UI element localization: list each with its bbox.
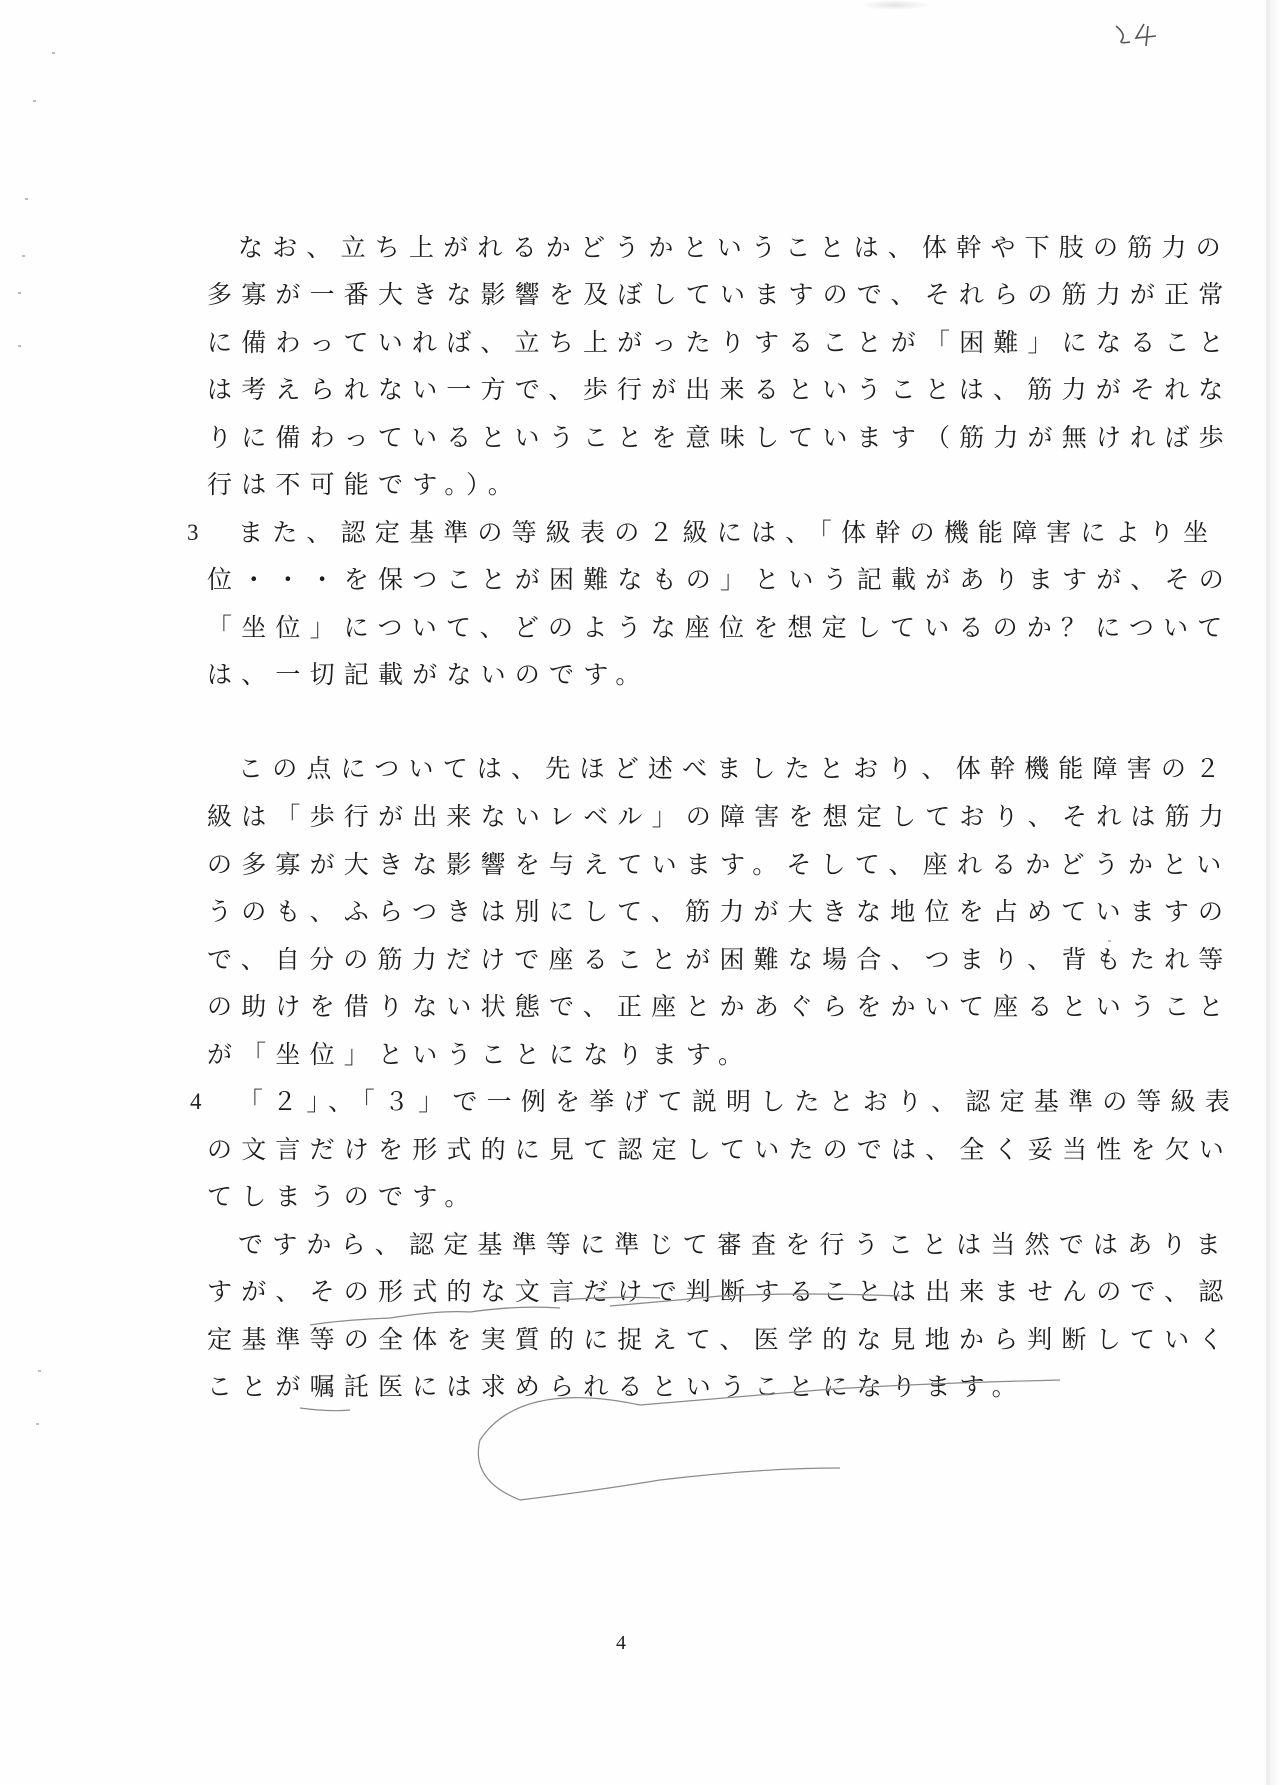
- text-line: の助けを借りない状態で、正座とかあぐらをかいて座るということ: [207, 992, 1233, 1022]
- text-line: 多寡が一番大きな影響を及ぼしていますので、それらの筋力が正常: [207, 280, 1233, 310]
- pencil-annotation-marks-icon: [0, 0, 1280, 1785]
- text-line: の文言だけを形式的に見て認定していたのでは、全く妥当性を欠い: [207, 1135, 1233, 1165]
- page-edge-shadow: [1266, 0, 1280, 1785]
- text-line: 定基準等の全体を実質的に捉えて、医学的な見地から判断していく: [207, 1325, 1233, 1355]
- text-line: うのも、ふらつきは別にして、筋力が大きな地位を占めていますの: [207, 897, 1232, 927]
- text-line: に備わっていれば、立ち上がったりすることが「困難」になること: [207, 328, 1233, 358]
- text-line: が「坐位」ということになります。: [207, 1040, 752, 1070]
- scan-speck: [38, 1370, 41, 1372]
- scan-speck: [22, 255, 25, 257]
- scan-speck: [25, 198, 28, 200]
- text-line: てしまうのです。: [207, 1182, 479, 1212]
- text-line: この点については、先ほど述べましたとおり、体幹機能障害の２: [238, 754, 1229, 784]
- scan-speck: [18, 292, 21, 294]
- item-number: 3: [187, 518, 199, 548]
- text-line: りに備わっているということを意味しています（筋力が無ければ歩: [207, 423, 1233, 453]
- scan-speck: [36, 1423, 39, 1425]
- scan-speck: [1108, 940, 1111, 942]
- text-line: 級は「歩行が出来ないレベル」の障害を想定しており、それは筋力: [207, 802, 1233, 832]
- text-line: 行は不可能です。）。: [207, 470, 522, 500]
- text-line: ことが嘱託医には求められるということになります。: [207, 1372, 1026, 1402]
- scan-smudge: [860, 0, 930, 10]
- text-line: 「坐位」について、どのような座位を想定しているのか？について: [207, 613, 1232, 643]
- text-line: 「２」、「３」で一例を挙げて説明したとおり、認定基準の等級表: [238, 1087, 1239, 1117]
- text-line: は考えられない一方で、歩行が出来るということは、筋力がそれな: [207, 375, 1233, 405]
- text-line: で、自分の筋力だけで座ることが困難な場合、つまり、背もたれ等: [207, 945, 1233, 975]
- scanned-page: 24 なお、立ち上がれるかどうかということは、体幹や下肢の筋力の 多寡が一番大き…: [0, 0, 1280, 1785]
- scan-speck: [52, 52, 55, 54]
- scan-speck: [18, 345, 21, 347]
- item-number: 4: [190, 1087, 202, 1117]
- text-line: また、認定基準の等級表の２級には、「体幹の機能障害により坐: [238, 518, 1217, 548]
- scan-speck: [33, 100, 36, 102]
- text-line: すが、その形式的な文言だけで判断することは出来ませんので、認: [207, 1277, 1233, 1307]
- handwritten-page-mark-icon: [1112, 20, 1172, 50]
- text-line: 位・・・を保つことが困難なもの」という記載がありますが、その: [207, 565, 1233, 595]
- text-line: なお、立ち上がれるかどうかということは、体幹や下肢の筋力の: [238, 233, 1230, 263]
- text-line: の多寡が大きな影響を与えています。そして、座れるかどうかとい: [207, 850, 1231, 880]
- text-line: ですから、認定基準等に準じて審査を行うことは当然ではありま: [238, 1230, 1230, 1260]
- text-line: は、一切記載がないのです。: [207, 660, 650, 690]
- page-number: 4: [616, 1632, 626, 1655]
